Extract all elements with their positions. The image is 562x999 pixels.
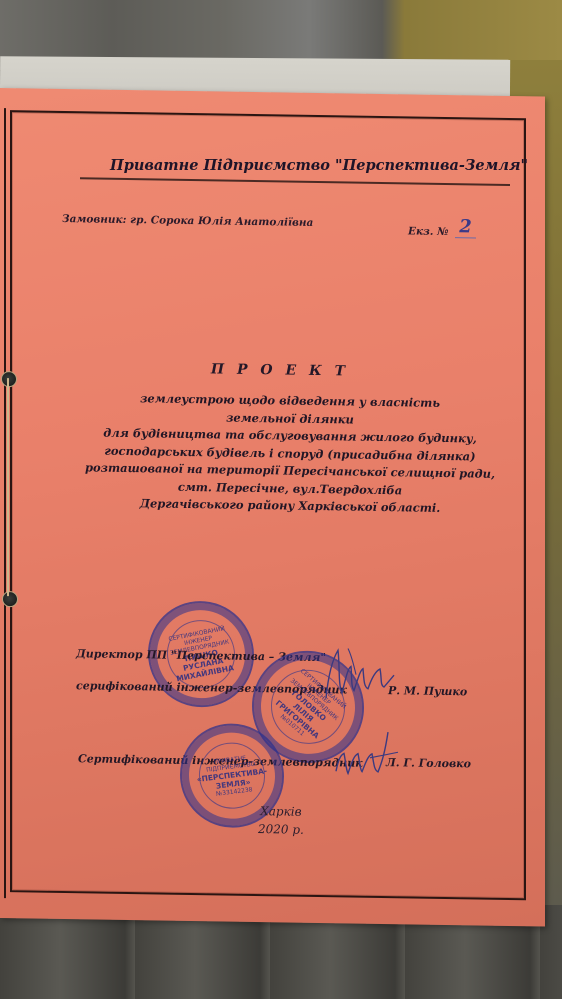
- signature-pushko: [318, 638, 398, 709]
- spine-line: [4, 108, 6, 898]
- project-description: землеустрою щодо відведення у власність …: [20, 388, 560, 519]
- signature-golovko: [330, 721, 405, 782]
- organization-title: Приватне Підприємство "Перспектива-Земля…: [110, 157, 510, 174]
- copy-label: Екз. №: [408, 225, 449, 238]
- copy-number-handwritten: 2: [455, 216, 476, 238]
- city: Харків: [258, 802, 304, 821]
- document-cover-page: Приватне Підприємство "Перспектива-Земля…: [0, 88, 545, 927]
- signer-name-pushko: Р. М. Пушко: [388, 684, 467, 698]
- copy-number: Екз. № 2: [408, 218, 476, 241]
- binding-thread: [7, 378, 9, 596]
- year: 2020 р.: [258, 820, 304, 839]
- city-year-block: Харків 2020 р.: [258, 802, 304, 839]
- punch-hole-icon: [2, 591, 18, 607]
